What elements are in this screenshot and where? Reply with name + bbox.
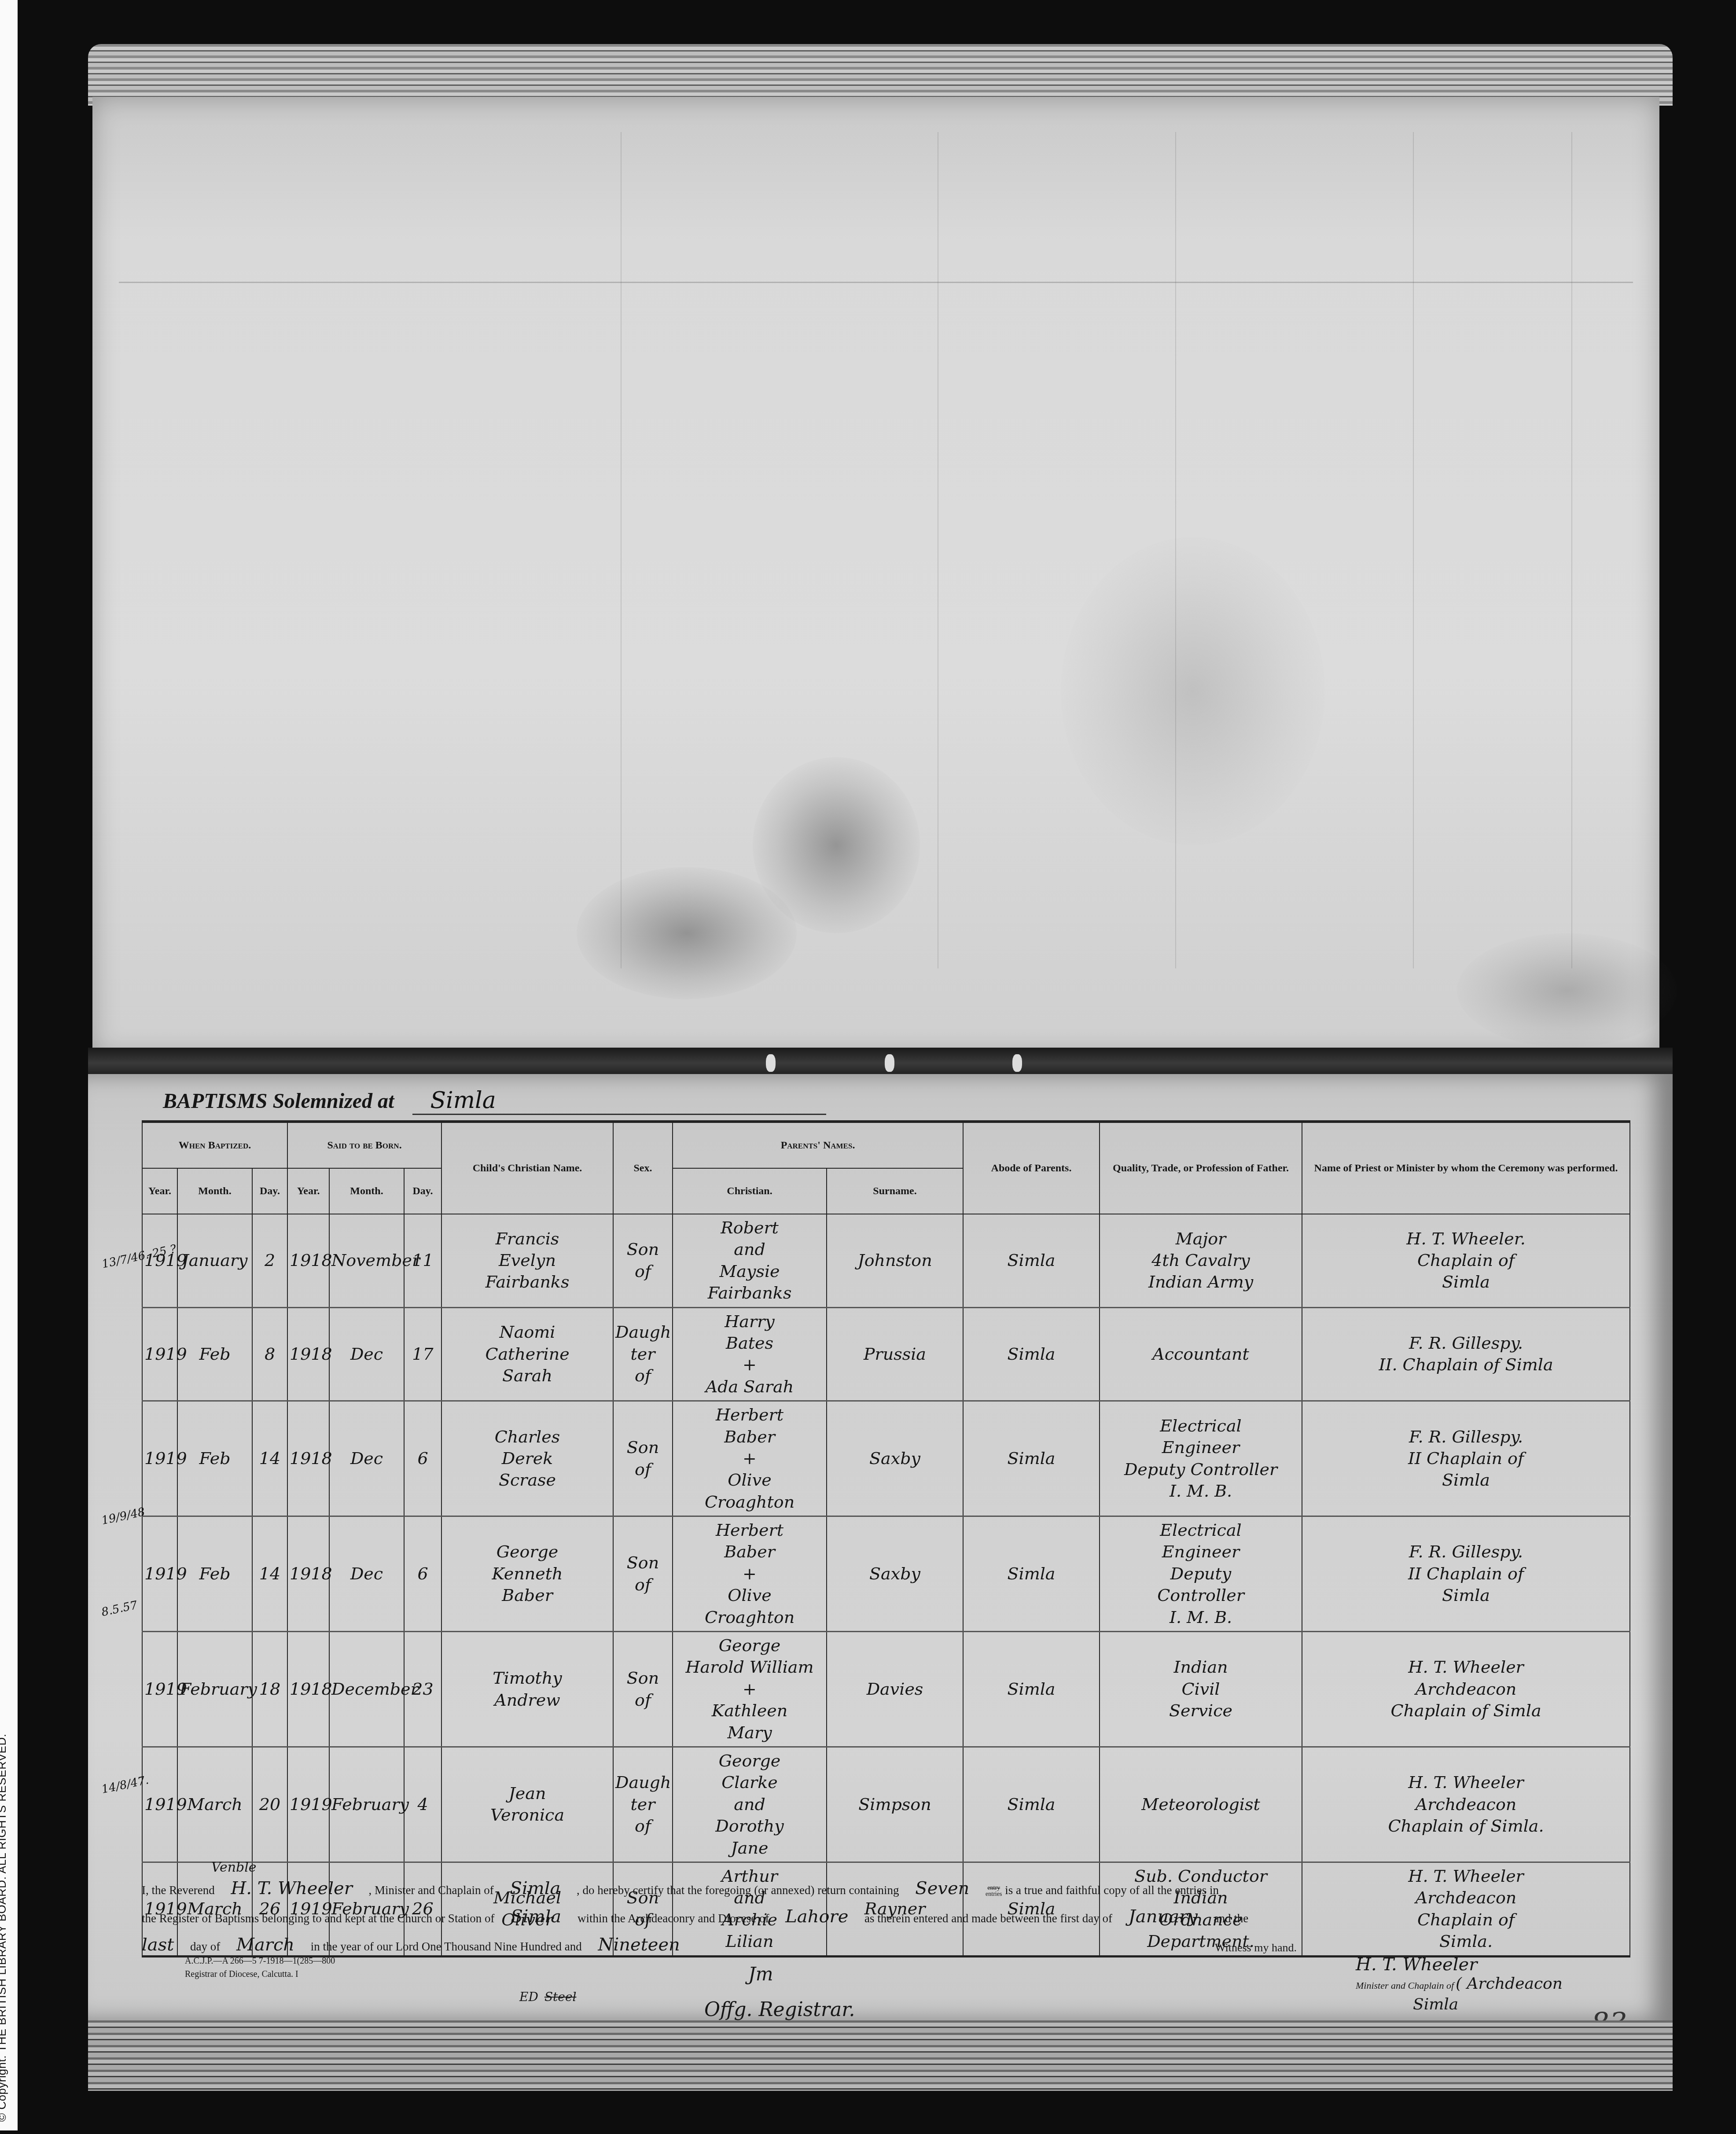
cell-bapt-day: 14 xyxy=(252,1516,287,1632)
parents-christian-line: Jane xyxy=(675,1837,824,1859)
cell-bapt-year: 1919 xyxy=(142,1516,177,1632)
cell-abode: Simla xyxy=(963,1401,1100,1516)
parents-christian-line: Herbert xyxy=(675,1404,824,1426)
cell-abode: Simla xyxy=(963,1214,1100,1307)
cert-text: day of xyxy=(190,1940,220,1953)
child-name-line: Baber xyxy=(444,1585,611,1606)
signature-place: Simla xyxy=(1413,1995,1563,2013)
cell-sex: Sonof xyxy=(613,1632,673,1747)
cell-parents-christian: GeorgeHarold William+KathleenMary xyxy=(673,1632,827,1747)
parents-christian-line: Olive xyxy=(675,1469,824,1491)
minister-line: Simla xyxy=(1304,1469,1628,1491)
sex-line: Son xyxy=(615,1667,670,1689)
table-row: 1919Feb141918Dec6GeorgeKennethBaberSonof… xyxy=(142,1516,1630,1632)
child-name-line: Andrew xyxy=(444,1689,611,1711)
parents-christian-line: George xyxy=(675,1750,824,1772)
cell-profession: IndianCivilService xyxy=(1100,1632,1302,1747)
minister-line: Archdeacon xyxy=(1304,1678,1628,1700)
header-born-year: Year. xyxy=(287,1168,329,1214)
cell-parents-christian: HerbertBaber+OliveCroaghton xyxy=(673,1516,827,1632)
cell-bapt-month: Feb xyxy=(177,1401,252,1516)
cert-text: is a true and faithful copy of all the e… xyxy=(1005,1884,1219,1897)
parents-christian-line: and xyxy=(675,1794,824,1815)
copyright-strip: © Copyright. THE BRITISH LIBRARY BOARD. … xyxy=(0,1409,18,2130)
header-born-month: Month. xyxy=(329,1168,404,1214)
cell-born-month: Dec xyxy=(329,1516,404,1632)
cell-born-month: February xyxy=(329,1747,404,1862)
cell-parents-surname: Saxby xyxy=(827,1516,963,1632)
sex-line: Daugh xyxy=(615,1321,670,1343)
child-name-line: Fairbanks xyxy=(444,1271,611,1293)
sex-line: Son xyxy=(615,1552,670,1574)
baptism-register-table: When Baptized. Said to be Born. Child's … xyxy=(142,1120,1630,1957)
cell-parents-surname: Simpson xyxy=(827,1747,963,1862)
witness-label: Witness my hand. xyxy=(1215,1941,1297,1954)
cell-minister: H. T. WheelerArchdeaconChaplain of Simla… xyxy=(1302,1747,1630,1862)
profession-line: Civil xyxy=(1102,1678,1300,1700)
cell-born-year: 1918 xyxy=(287,1401,329,1516)
cell-parents-christian: HarryBates+Ada Sarah xyxy=(673,1307,827,1401)
minister-line: H. T. Wheeler xyxy=(1304,1656,1628,1678)
parents-christian-line: Croaghton xyxy=(675,1607,824,1628)
title-place: Simla xyxy=(412,1087,826,1115)
cell-parents-surname: Prussia xyxy=(827,1307,963,1401)
cell-sex: Daughterof xyxy=(613,1307,673,1401)
header-profession: Quality, Trade, or Profession of Father. xyxy=(1100,1122,1302,1214)
cell-bapt-month: February xyxy=(177,1632,252,1747)
to-month: March xyxy=(223,1935,308,1955)
cell-born-year: 1918 xyxy=(287,1516,329,1632)
cell-bapt-month: January xyxy=(177,1214,252,1307)
cell-parents-christian: RobertandMaysieFairbanks xyxy=(673,1214,827,1307)
child-name-line: Derek xyxy=(444,1448,611,1469)
cell-bapt-year: 1919 xyxy=(142,1632,177,1747)
table-row: 1919Feb81918Dec17NaomiCatherineSarahDaug… xyxy=(142,1307,1630,1401)
parents-christian-line: George xyxy=(675,1635,824,1656)
cell-parents-surname: Johnston xyxy=(827,1214,963,1307)
parents-christian-line: Maysie xyxy=(675,1261,824,1282)
header-surname: Surname. xyxy=(827,1168,963,1214)
cell-child-name: GeorgeKennethBaber xyxy=(441,1516,613,1632)
cell-abode: Simla xyxy=(963,1307,1100,1401)
minister-line: II Chaplain of xyxy=(1304,1563,1628,1585)
child-name-line: Catherine xyxy=(444,1343,611,1365)
table-row: 1919Feb141918Dec6CharlesDerekScraseSonof… xyxy=(142,1401,1630,1516)
header-minister: Name of Priest or Minister by whom the C… xyxy=(1302,1122,1630,1214)
entry-count: Seven xyxy=(902,1878,982,1899)
child-name-line: Veronica xyxy=(444,1804,611,1826)
profession-line: Service xyxy=(1102,1700,1300,1722)
cell-bapt-year: 1919 xyxy=(142,1307,177,1401)
cert-text: in the year of our Lord One Thousand Nin… xyxy=(311,1940,582,1953)
register-title: BAPTISMS Solemnized at Simla xyxy=(163,1087,826,1115)
cell-born-day: 17 xyxy=(404,1307,441,1401)
chaplain-of-place: Simla xyxy=(497,1878,574,1899)
child-name-line: Sarah xyxy=(444,1365,611,1387)
cell-child-name: FrancisEvelynFairbanks xyxy=(441,1214,613,1307)
child-name-line: Naomi xyxy=(444,1321,611,1343)
cell-parents-christian: HerbertBaber+OliveCroaghton xyxy=(673,1401,827,1516)
parents-christian-line: Robert xyxy=(675,1217,824,1239)
profession-line: I. M. B. xyxy=(1102,1480,1300,1502)
cell-minister: F. R. Gillespy.II. Chaplain of Simla xyxy=(1302,1307,1630,1401)
title-text: BAPTISMS Solemnized at xyxy=(163,1089,394,1113)
parents-christian-line: Croaghton xyxy=(675,1491,824,1513)
signature: H. T. Wheeler xyxy=(1356,1954,1563,1975)
header-bapt-month: Month. xyxy=(177,1168,252,1214)
profession-line: I. M. B. xyxy=(1102,1607,1300,1628)
header-bapt-year: Year. xyxy=(142,1168,177,1214)
sex-line: of xyxy=(615,1365,670,1387)
parents-christian-line: Bates xyxy=(675,1332,824,1354)
parents-christian-line: Ada Sarah xyxy=(675,1376,824,1398)
cell-bapt-day: 20 xyxy=(252,1747,287,1862)
minister-line: Simla xyxy=(1304,1271,1628,1293)
cert-text: the Register of Baptisms belonging to an… xyxy=(142,1912,495,1925)
minister-line: II Chaplain of xyxy=(1304,1448,1628,1469)
child-name-line: Scrase xyxy=(444,1469,611,1491)
cert-text: , Minister and Chaplain of xyxy=(369,1884,494,1897)
parents-christian-line: Harold William xyxy=(675,1656,824,1678)
parents-christian-line: + xyxy=(675,1354,824,1376)
year-word: Nineteen xyxy=(585,1935,693,1955)
header-sex: Sex. xyxy=(613,1122,673,1214)
parents-christian-line: Olive xyxy=(675,1585,824,1606)
cell-bapt-month: March xyxy=(177,1747,252,1862)
profession-line: Engineer xyxy=(1102,1437,1300,1458)
cell-born-day: 6 xyxy=(404,1516,441,1632)
parents-christian-line: Clarke xyxy=(675,1772,824,1793)
registrar-initials: Jm xyxy=(748,1963,773,1985)
minister-line: Chaplain of Simla xyxy=(1304,1700,1628,1722)
binding-thread xyxy=(885,1054,894,1072)
cell-parents-christian: GeorgeClarkeandDorothyJane xyxy=(673,1747,827,1862)
sex-line: of xyxy=(615,1574,670,1596)
certification-text: I, the Reverend H. T. Wheeler , Minister… xyxy=(142,1875,1647,1960)
cell-sex: Sonof xyxy=(613,1401,673,1516)
signature-role: ( Archdeacon xyxy=(1456,1975,1563,1993)
header-born-day: Day. xyxy=(404,1168,441,1214)
cell-sex: Sonof xyxy=(613,1214,673,1307)
profession-line: Accountant xyxy=(1102,1343,1300,1365)
cell-bapt-month: Feb xyxy=(177,1307,252,1401)
cell-bapt-day: 18 xyxy=(252,1632,287,1747)
cell-born-month: November xyxy=(329,1214,404,1307)
parents-christian-line: Baber xyxy=(675,1426,824,1448)
profession-line: Deputy Controller xyxy=(1102,1459,1300,1480)
parents-christian-line: and xyxy=(675,1239,824,1260)
registrar-signature: Offg. Registrar. xyxy=(704,1998,855,2021)
cell-bapt-month: Feb xyxy=(177,1516,252,1632)
cert-text: I, the Reverend xyxy=(142,1884,215,1897)
cell-child-name: CharlesDerekScrase xyxy=(441,1401,613,1516)
parents-christian-line: Fairbanks xyxy=(675,1282,824,1304)
cell-child-name: JeanVeronica xyxy=(441,1747,613,1862)
cert-text: and the xyxy=(1214,1912,1249,1925)
imprint-line: Registrar of Diocese, Calcutta. I xyxy=(185,1968,335,1981)
table-row: 1919February181918December23TimothyAndre… xyxy=(142,1632,1630,1747)
profession-line: Engineer xyxy=(1102,1541,1300,1563)
child-name-line: Jean xyxy=(444,1783,611,1804)
cell-bapt-day: 8 xyxy=(252,1307,287,1401)
profession-line: Electrical xyxy=(1102,1520,1300,1541)
cell-born-day: 6 xyxy=(404,1401,441,1516)
printer-imprint: A.C.J.P.—A 266—5 7-1918—1(285—800 Regist… xyxy=(185,1954,335,1981)
parents-christian-line: Dorothy xyxy=(675,1815,824,1837)
from-month: January xyxy=(1115,1906,1211,1927)
cell-sex: Daughterof xyxy=(613,1747,673,1862)
signature-block: H. T. Wheeler Minister and Chaplain of (… xyxy=(1356,1954,1563,2013)
profession-line: Controller xyxy=(1102,1585,1300,1606)
cell-born-month: December xyxy=(329,1632,404,1747)
cell-minister: F. R. Gillespy.II Chaplain ofSimla xyxy=(1302,1516,1630,1632)
parents-christian-line: + xyxy=(675,1563,824,1585)
child-name-line: Kenneth xyxy=(444,1563,611,1585)
entry-entries-bracket: entryentries xyxy=(986,1885,1002,1898)
header-abode: Abode of Parents. xyxy=(963,1122,1100,1214)
binding-thread xyxy=(1012,1054,1022,1072)
child-name-line: Evelyn xyxy=(444,1250,611,1271)
sex-line: of xyxy=(615,1815,670,1837)
minister-line: II. Chaplain of Simla xyxy=(1304,1354,1628,1376)
cell-profession: Accountant xyxy=(1100,1307,1302,1401)
cell-born-year: 1918 xyxy=(287,1307,329,1401)
parents-christian-line: Kathleen xyxy=(675,1700,824,1722)
minister-line: F. R. Gillespy. xyxy=(1304,1332,1628,1354)
book-top-edges xyxy=(88,44,1673,106)
table-row: 1919January21918November11FrancisEvelynF… xyxy=(142,1214,1630,1307)
sex-line: of xyxy=(615,1689,670,1711)
profession-line: Meteorologist xyxy=(1102,1794,1300,1815)
header-said-to-be-born: Said to be Born. xyxy=(287,1122,441,1168)
sex-line: Son xyxy=(615,1437,670,1458)
header-when-baptized: When Baptized. xyxy=(142,1122,287,1168)
minister-line: F. R. Gillespy. xyxy=(1304,1426,1628,1448)
cell-bapt-day: 14 xyxy=(252,1401,287,1516)
sex-line: of xyxy=(615,1261,670,1282)
minister-line: H. T. Wheeler. xyxy=(1304,1228,1628,1250)
ed-annotation: EDSteel xyxy=(519,1990,576,2004)
cell-child-name: TimothyAndrew xyxy=(441,1632,613,1747)
cert-text: , do hereby certify that the foregoing (… xyxy=(577,1884,899,1897)
cell-born-year: 1918 xyxy=(287,1632,329,1747)
signature-role-label: Minister and Chaplain of xyxy=(1356,1980,1454,1991)
scan-margin xyxy=(0,0,18,1409)
profession-line: 4th Cavalry xyxy=(1102,1250,1300,1271)
binding-thread xyxy=(766,1054,776,1072)
header-child-name: Child's Christian Name. xyxy=(441,1122,613,1214)
sex-line: Daugh xyxy=(615,1772,670,1793)
cell-born-month: Dec xyxy=(329,1401,404,1516)
cell-abode: Simla xyxy=(963,1747,1100,1862)
parents-christian-line: Herbert xyxy=(675,1520,824,1541)
ed-mark: ED xyxy=(519,1990,538,2004)
cell-minister: H. T. Wheeler.Chaplain ofSimla xyxy=(1302,1214,1630,1307)
minister-line: Simla xyxy=(1304,1585,1628,1606)
parents-christian-line: + xyxy=(675,1678,824,1700)
minister-line: F. R. Gillespy. xyxy=(1304,1541,1628,1563)
cell-minister: H. T. WheelerArchdeaconChaplain of Simla xyxy=(1302,1632,1630,1747)
cell-born-year: 1919 xyxy=(287,1747,329,1862)
sex-line: ter xyxy=(615,1794,670,1815)
cell-born-day: 4 xyxy=(404,1747,441,1862)
reverend-name: H. T. Wheeler xyxy=(217,1878,365,1899)
minister-line: Archdeacon xyxy=(1304,1794,1628,1815)
verbatim-annotation: Venble xyxy=(211,1860,257,1875)
profession-line: Deputy xyxy=(1102,1563,1300,1585)
cell-sex: Sonof xyxy=(613,1516,673,1632)
cell-profession: Major4th CavalryIndian Army xyxy=(1100,1214,1302,1307)
cell-born-month: Dec xyxy=(329,1307,404,1401)
cell-minister: F. R. Gillespy.II Chaplain ofSimla xyxy=(1302,1401,1630,1516)
copyright-text: © Copyright. THE BRITISH LIBRARY BOARD. … xyxy=(0,1734,9,2122)
parents-christian-line: + xyxy=(675,1448,824,1469)
imprint-line: A.C.J.P.—A 266—5 7-1918—1(285—800 xyxy=(185,1954,335,1968)
cell-abode: Simla xyxy=(963,1516,1100,1632)
station-place: Simla xyxy=(497,1906,574,1927)
profession-line: Indian Army xyxy=(1102,1271,1300,1293)
cert-text: as therein entered and made between the … xyxy=(864,1912,1112,1925)
header-parents-names: Parents' Names. xyxy=(673,1122,963,1168)
minister-line: Chaplain of Simla. xyxy=(1304,1815,1628,1837)
struck-name: Steel xyxy=(544,1990,577,2004)
profession-line: Electrical xyxy=(1102,1415,1300,1437)
parents-christian-line: Baber xyxy=(675,1541,824,1563)
cell-child-name: NaomiCatherineSarah xyxy=(441,1307,613,1401)
parents-christian-line: Harry xyxy=(675,1311,824,1332)
cell-parents-surname: Saxby xyxy=(827,1401,963,1516)
parents-christian-line: Mary xyxy=(675,1722,824,1744)
profession-line: Indian xyxy=(1102,1656,1300,1678)
child-name-line: George xyxy=(444,1541,611,1563)
sex-line: of xyxy=(615,1459,670,1480)
child-name-line: Timothy xyxy=(444,1667,611,1689)
minister-line: Chaplain of xyxy=(1304,1250,1628,1271)
book-bottom-edges xyxy=(88,2020,1673,2091)
diocese-name: Lahore xyxy=(772,1906,861,1927)
header-christian: Christian. xyxy=(673,1168,827,1214)
profession-line: Major xyxy=(1102,1228,1300,1250)
minister-line: H. T. Wheeler xyxy=(1304,1772,1628,1793)
top-page-blank xyxy=(92,97,1659,1056)
cell-bapt-year: 1919 xyxy=(142,1401,177,1516)
to-day: last xyxy=(142,1935,187,1955)
cert-text: within the Archdeaconry and Diocese of xyxy=(577,1912,769,1925)
sex-line: ter xyxy=(615,1343,670,1365)
cell-profession: ElectricalEngineerDeputyControllerI. M. … xyxy=(1100,1516,1302,1632)
cell-abode: Simla xyxy=(963,1632,1100,1747)
header-bapt-day: Day. xyxy=(252,1168,287,1214)
child-name-line: Charles xyxy=(444,1426,611,1448)
cell-born-year: 1918 xyxy=(287,1214,329,1307)
table-row: 1919March201919February4JeanVeronicaDaug… xyxy=(142,1747,1630,1862)
cell-parents-surname: Davies xyxy=(827,1632,963,1747)
cell-profession: Meteorologist xyxy=(1100,1747,1302,1862)
sex-line: Son xyxy=(615,1239,670,1260)
cell-bapt-day: 2 xyxy=(252,1214,287,1307)
child-name-line: Francis xyxy=(444,1228,611,1250)
cell-bapt-year: 1919 xyxy=(142,1747,177,1862)
cell-profession: ElectricalEngineerDeputy ControllerI. M.… xyxy=(1100,1401,1302,1516)
